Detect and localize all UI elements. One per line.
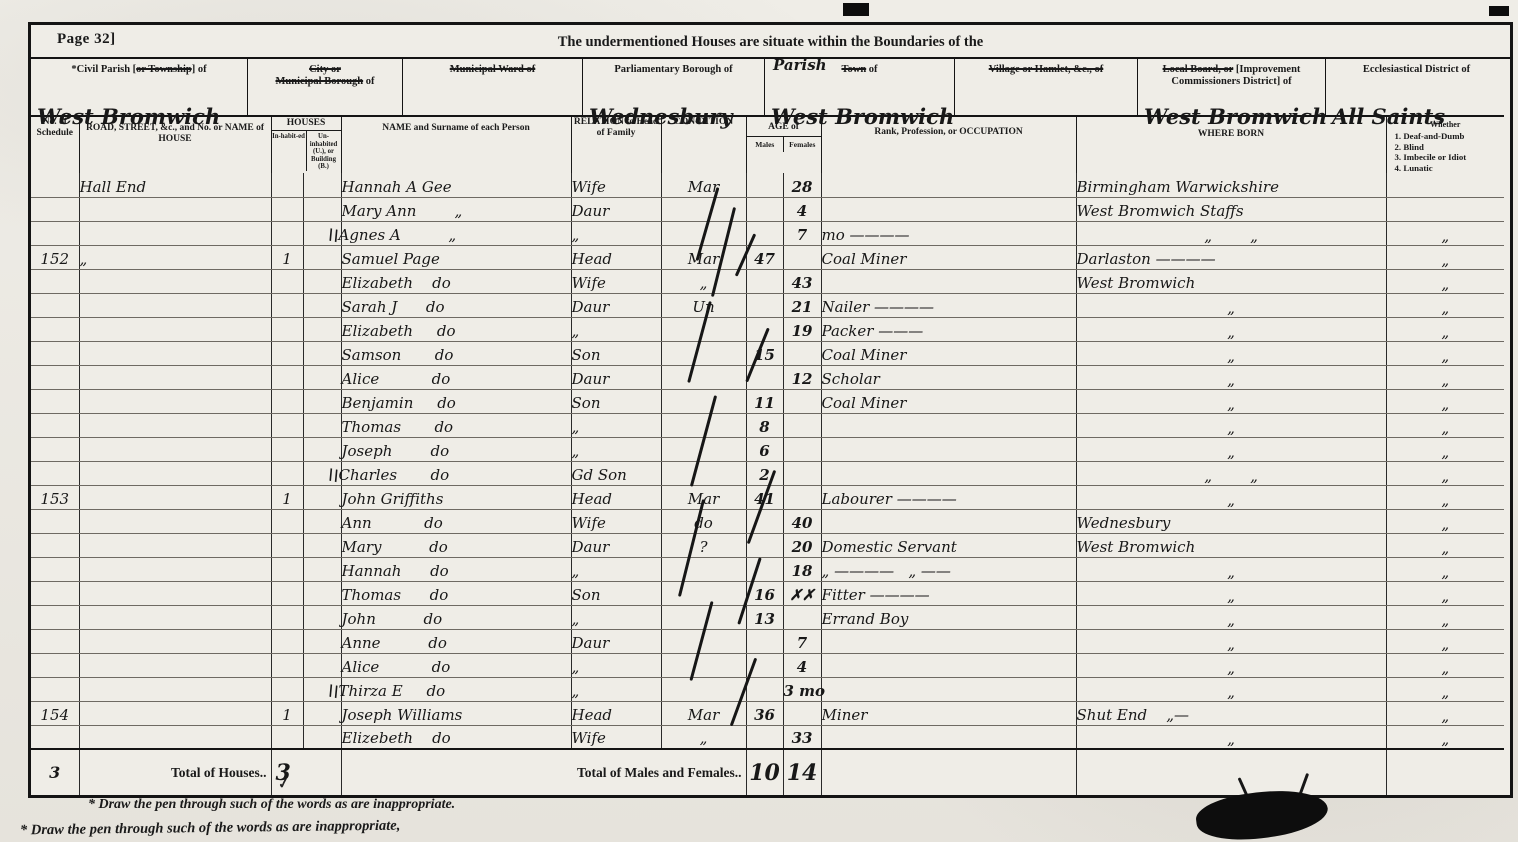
- footnote: * Draw the pen through such of the words…: [88, 797, 455, 813]
- cell-occupation: [821, 197, 1076, 221]
- cell-relation: „: [571, 413, 661, 437]
- handwritten-value: 8: [759, 418, 769, 436]
- handwritten-value: Joseph Williams: [342, 706, 463, 724]
- table-row: Sarah J doDaurUn21Nailer ————„„: [31, 293, 1504, 317]
- cell-age_m: 11: [746, 389, 783, 413]
- cell-road: [79, 365, 271, 389]
- cell-condition: [661, 341, 746, 365]
- handwritten-boundary-value: West Bromwich: [1144, 111, 1327, 123]
- cell-inhabited: 1: [271, 701, 303, 725]
- cell-relation: Wife: [571, 173, 661, 197]
- handwritten-value: John Griffiths: [342, 490, 444, 508]
- cell-age_f: 7: [783, 629, 821, 653]
- handwritten-value: „: [1077, 684, 1386, 701]
- cell-road: Hall End: [79, 173, 271, 197]
- cell-inhabited: [271, 653, 303, 677]
- cell-born: „: [1076, 581, 1386, 605]
- handwritten-value: „: [572, 658, 580, 676]
- cell-whether: „: [1386, 557, 1504, 581]
- table-row: Anne doDaur7„„: [31, 629, 1504, 653]
- handwritten-value: mo ————: [822, 226, 910, 244]
- cell-occupation: [821, 461, 1076, 485]
- cell-uninhabited: [303, 605, 341, 629]
- cell-occupation: [821, 269, 1076, 293]
- cell-age_f: [783, 485, 821, 509]
- col-header-houses: HOUSES In-habit-ed Un-inhabited (U.), or…: [271, 116, 341, 173]
- cell-whether: „: [1386, 509, 1504, 533]
- handwritten-value: 19: [792, 322, 813, 340]
- cell-schedule: [31, 653, 79, 677]
- handwritten-value: Birmingham Warwickshire: [1077, 178, 1279, 196]
- boundary-cell: Parliamentary Borough ofWednesbury: [583, 59, 765, 115]
- cell-born: „ „: [1076, 461, 1386, 485]
- cell-occupation: [821, 413, 1076, 437]
- cell-name: Mary do: [341, 533, 571, 557]
- handwritten-value: 21: [792, 298, 813, 316]
- handwritten-value: „ „: [1077, 468, 1386, 485]
- handwritten-value: 4: [797, 658, 807, 676]
- cell-name: Thomas do: [341, 413, 571, 437]
- cell-born: „: [1076, 413, 1386, 437]
- handwritten-value: „: [1077, 564, 1386, 581]
- cell-whether: „: [1386, 413, 1504, 437]
- cell-occupation: Coal Miner: [821, 389, 1076, 413]
- cell-born: „: [1076, 629, 1386, 653]
- cell-condition: Mar: [661, 173, 746, 197]
- handwritten-value: Samuel Page: [342, 250, 440, 268]
- cell-occupation: [821, 677, 1076, 701]
- cell-whether: „: [1386, 269, 1504, 293]
- cell-age_f: 3 mo: [783, 677, 821, 701]
- cell-age_f: [783, 413, 821, 437]
- page-title: The undermentioned Houses are situate wi…: [31, 34, 1510, 51]
- boundary-label: City orMunicipal Borough of: [248, 64, 402, 88]
- cell-age_f: 40: [783, 509, 821, 533]
- handwritten-value: Alice do: [342, 658, 451, 676]
- cell-whether: „: [1386, 293, 1504, 317]
- handwritten-value: „: [1077, 372, 1386, 389]
- boundary-label: Local Board, or [ImprovementCommissioner…: [1138, 64, 1325, 88]
- cell-born: „: [1076, 293, 1386, 317]
- table-row: Thomas do„8„„: [31, 413, 1504, 437]
- handwritten-value: „: [1077, 660, 1386, 677]
- cell-road: [79, 485, 271, 509]
- handwritten-value: John do: [342, 610, 443, 628]
- cell-inhabited: 1: [271, 485, 303, 509]
- handwritten-value: Elizabeth do: [342, 322, 456, 340]
- totals-males-value: 10: [746, 749, 783, 795]
- handwritten-value: „: [1387, 300, 1505, 317]
- cell-uninhabited: [303, 365, 341, 389]
- cell-relation: „: [571, 437, 661, 461]
- cell-age_f: 18: [783, 557, 821, 581]
- cell-occupation: Miner: [821, 701, 1076, 725]
- cell-name: Samuel Page: [341, 245, 571, 269]
- cell-whether: „: [1386, 341, 1504, 365]
- cell-uninhabited: [303, 317, 341, 341]
- cell-born: „: [1076, 485, 1386, 509]
- handwritten-value: „: [1077, 612, 1386, 629]
- handwritten-value: Wednesbury: [1077, 514, 1171, 532]
- cell-whether: [1386, 173, 1504, 197]
- cell-relation: Wife: [571, 509, 661, 533]
- cell-uninhabited: [303, 509, 341, 533]
- cell-age_f: [783, 389, 821, 413]
- cell-road: [79, 293, 271, 317]
- cell-born: Wednesbury: [1076, 509, 1386, 533]
- cell-uninhabited: [303, 533, 341, 557]
- cell-uninhabited: [303, 173, 341, 197]
- cell-occupation: [821, 725, 1076, 749]
- cell-age_m: 13: [746, 605, 783, 629]
- handwritten-value: Son: [572, 394, 601, 412]
- cell-road: [79, 389, 271, 413]
- cell-whether: „: [1386, 389, 1504, 413]
- cell-whether: „: [1386, 221, 1504, 245]
- page-header-row: Page 32] The undermentioned Houses are s…: [31, 25, 1510, 57]
- table-row: Alice doDaur12Scholar„„: [31, 365, 1504, 389]
- cell-occupation: Coal Miner: [821, 245, 1076, 269]
- handwritten-value: Sarah J do: [342, 298, 445, 316]
- cell-name: \\Charles do: [341, 461, 571, 485]
- cell-occupation: „ ———— „ ——: [821, 557, 1076, 581]
- handwritten-value: „: [1077, 636, 1386, 653]
- whether-list-item: 2. Blind: [1395, 142, 1505, 153]
- cell-relation: „: [571, 653, 661, 677]
- cell-occupation: [821, 509, 1076, 533]
- handwritten-value: Nailer ————: [822, 298, 934, 316]
- cell-name: Elizabeth do: [341, 269, 571, 293]
- handwritten-value: „ „: [1077, 228, 1386, 245]
- handwritten-value: Head: [572, 490, 613, 508]
- cell-whether: „: [1386, 629, 1504, 653]
- cell-whether: „: [1386, 653, 1504, 677]
- cell-born: Shut End „—: [1076, 701, 1386, 725]
- cell-whether: „: [1386, 461, 1504, 485]
- cell-condition: [661, 389, 746, 413]
- table-row: Samson doSon15Coal Miner„„: [31, 341, 1504, 365]
- cell-name: \\Thirza E do: [341, 677, 571, 701]
- handwritten-value: Hannah A Gee: [342, 178, 452, 196]
- cell-road: [79, 509, 271, 533]
- cell-name: Benjamin do: [341, 389, 571, 413]
- cell-born: „: [1076, 557, 1386, 581]
- cell-relation: Daur: [571, 629, 661, 653]
- cell-age_f: [783, 605, 821, 629]
- handwritten-value: West Bromwich: [1077, 538, 1196, 556]
- cell-uninhabited: [303, 245, 341, 269]
- cell-name: Elizebeth do: [341, 725, 571, 749]
- handwritten-value: Elizebeth do: [342, 729, 451, 747]
- handwritten-value: „: [572, 682, 580, 700]
- cell-schedule: [31, 221, 79, 245]
- handwritten-value: ✗✗: [789, 586, 814, 604]
- handwritten-value: 152: [40, 250, 69, 268]
- cell-occupation: Nailer ————: [821, 293, 1076, 317]
- cell-occupation: mo ————: [821, 221, 1076, 245]
- handwritten-value: „: [1387, 468, 1505, 485]
- cell-inhabited: [271, 293, 303, 317]
- cell-relation: Daur: [571, 197, 661, 221]
- cell-born: Darlaston ————: [1076, 245, 1386, 269]
- cell-age_m: [746, 677, 783, 701]
- cell-inhabited: [271, 677, 303, 701]
- handwritten-value: Coal Miner: [822, 394, 907, 412]
- handwritten-value: 4: [797, 202, 807, 220]
- cell-age_f: [783, 341, 821, 365]
- handwritten-value: 47: [754, 250, 775, 268]
- boundary-label: Parliamentary Borough of: [583, 64, 764, 76]
- handwritten-value: 1: [282, 490, 292, 508]
- cell-name: Ann do: [341, 509, 571, 533]
- cell-inhabited: [271, 437, 303, 461]
- cell-uninhabited: [303, 413, 341, 437]
- table-row: Joseph do„6„„: [31, 437, 1504, 461]
- col-header-females: Females: [783, 137, 821, 152]
- handwritten-value: „: [1387, 516, 1505, 533]
- cell-relation: Wife: [571, 269, 661, 293]
- cell-whether: „: [1386, 581, 1504, 605]
- cell-schedule: [31, 173, 79, 197]
- handwritten-value: 20: [792, 538, 813, 556]
- cell-road: [79, 605, 271, 629]
- col-header-inhabited: In-habit-ed: [272, 131, 306, 171]
- handwritten-value: Gd Son: [572, 466, 627, 484]
- cell-uninhabited: [303, 269, 341, 293]
- handwritten-value: „: [1077, 444, 1386, 461]
- cell-uninhabited: [303, 725, 341, 749]
- cell-age_m: [746, 629, 783, 653]
- cell-schedule: [31, 341, 79, 365]
- cell-schedule: 154: [31, 701, 79, 725]
- cell-age_f: 4: [783, 653, 821, 677]
- handwritten-value: „: [1387, 348, 1505, 365]
- boundary-cell: City orMunicipal Borough of: [248, 59, 403, 115]
- cell-age_m: [746, 197, 783, 221]
- cell-inhabited: [271, 605, 303, 629]
- handwritten-value: Daur: [572, 298, 610, 316]
- cell-born: „: [1076, 317, 1386, 341]
- cell-age_m: 36: [746, 701, 783, 725]
- handwritten-value: Head: [572, 250, 613, 268]
- col-header-males: Males: [747, 137, 784, 152]
- handwritten-value: „: [1387, 540, 1505, 557]
- cell-schedule: [31, 581, 79, 605]
- cell-relation: Son: [571, 389, 661, 413]
- handwritten-value: Miner: [822, 706, 868, 724]
- handwritten-value: „: [1387, 564, 1505, 581]
- cell-relation: „: [571, 605, 661, 629]
- table-row: Mary doDaur?20Domestic ServantWest Bromw…: [31, 533, 1504, 557]
- handwritten-value: Darlaston ————: [1077, 250, 1216, 268]
- boundary-cell: Village or Hamlet, &c., of: [955, 59, 1138, 115]
- handwritten-value: „: [1387, 444, 1505, 461]
- cell-schedule: [31, 269, 79, 293]
- cell-name: Sarah J do: [341, 293, 571, 317]
- cell-inhabited: [271, 533, 303, 557]
- cell-uninhabited: [303, 437, 341, 461]
- handwritten-value: „: [700, 274, 708, 292]
- cell-road: [79, 581, 271, 605]
- cell-road: [79, 413, 271, 437]
- whether-list-item: 4. Lunatic: [1395, 163, 1505, 174]
- cell-condition: Un: [661, 293, 746, 317]
- totals-males-females-label: Total of Males and Females..: [341, 749, 746, 795]
- cell-condition: [661, 461, 746, 485]
- cell-name: Alice do: [341, 653, 571, 677]
- handwritten-value: ?: [699, 538, 707, 556]
- cell-condition: do: [661, 509, 746, 533]
- cell-inhabited: [271, 509, 303, 533]
- cell-age_f: 12: [783, 365, 821, 389]
- handwritten-value: Samson do: [342, 346, 454, 364]
- handwritten-value: „: [80, 250, 88, 268]
- cell-road: „: [79, 245, 271, 269]
- cell-schedule: [31, 293, 79, 317]
- handwritten-value: „: [1387, 276, 1505, 293]
- cell-uninhabited: [303, 485, 341, 509]
- cell-age_f: 7: [783, 221, 821, 245]
- handwritten-value: Hall End: [80, 178, 147, 196]
- handwritten-value: „: [700, 729, 708, 747]
- table-row: \\Thirza E do„3 mo„„: [31, 677, 1504, 701]
- boundary-header-row: *Civil Parish [or Township] ofWest Bromw…: [31, 57, 1510, 115]
- cell-road: [79, 701, 271, 725]
- cell-inhabited: [271, 365, 303, 389]
- cell-condition: [661, 581, 746, 605]
- cell-born: „: [1076, 725, 1386, 749]
- cell-born: Birmingham Warwickshire: [1076, 173, 1386, 197]
- table-row: 1541Joseph WilliamsHeadMar36MinerShut En…: [31, 701, 1504, 725]
- cell-relation: „: [571, 677, 661, 701]
- handwritten-value: 1: [282, 706, 292, 724]
- cell-uninhabited: [303, 653, 341, 677]
- cell-schedule: [31, 725, 79, 749]
- cell-inhabited: [271, 317, 303, 341]
- handwritten-value: 7: [797, 634, 807, 652]
- totals-houses-label: Total of Houses..: [79, 749, 271, 795]
- cell-uninhabited: [303, 581, 341, 605]
- cell-inhabited: 1: [271, 245, 303, 269]
- cell-age_m: [746, 173, 783, 197]
- handwritten-value: „: [572, 418, 580, 436]
- handwritten-value: 13: [754, 610, 775, 628]
- cell-age_m: [746, 725, 783, 749]
- handwritten-value: Thirza E do: [338, 682, 445, 700]
- handwritten-value: 153: [40, 490, 69, 508]
- cell-uninhabited: [303, 293, 341, 317]
- handwritten-value: Son: [572, 346, 601, 364]
- cell-whether: „: [1386, 725, 1504, 749]
- handwritten-value: „: [1077, 348, 1386, 365]
- table-row: Hannah do„18„ ———— „ ——„„: [31, 557, 1504, 581]
- cell-occupation: Domestic Servant: [821, 533, 1076, 557]
- cell-schedule: [31, 437, 79, 461]
- totals-females-value: 14: [783, 749, 821, 795]
- cell-age_f: [783, 461, 821, 485]
- boundary-cell: Town ofParishWest Bromwich: [765, 59, 955, 115]
- handwritten-value: „: [1387, 372, 1505, 389]
- handwritten-value: Errand Boy: [822, 610, 909, 628]
- boundary-cell: Local Board, or [ImprovementCommissioner…: [1138, 59, 1326, 115]
- cell-inhabited: [271, 269, 303, 293]
- handwritten-value: Hannah do: [342, 562, 449, 580]
- boundary-cell: Ecclesiastical District ofAll Saints: [1326, 59, 1507, 115]
- cell-born: „: [1076, 653, 1386, 677]
- cell-whether: [1386, 197, 1504, 221]
- handwritten-value: Labourer ————: [822, 490, 957, 508]
- handwritten-value: Daur: [572, 202, 610, 220]
- handwritten-value: Daur: [572, 634, 610, 652]
- cell-relation: „: [571, 557, 661, 581]
- handwritten-value: Wife: [572, 514, 606, 532]
- handwritten-value: „: [572, 442, 580, 460]
- cell-inhabited: [271, 341, 303, 365]
- handwritten-value: Scholar: [822, 370, 880, 388]
- cell-name: Samson do: [341, 341, 571, 365]
- handwritten-value: Domestic Servant: [822, 538, 957, 556]
- cell-schedule: 152: [31, 245, 79, 269]
- cell-schedule: 153: [31, 485, 79, 509]
- cell-road: [79, 725, 271, 749]
- cell-born: West Bromwich: [1076, 533, 1386, 557]
- cell-uninhabited: [303, 557, 341, 581]
- cell-age_f: 21: [783, 293, 821, 317]
- cell-condition: [661, 677, 746, 701]
- totals-schedule-note: 3: [31, 749, 79, 795]
- handwritten-value: „: [1077, 324, 1386, 341]
- cell-age_m: [746, 293, 783, 317]
- handwritten-value: Mary do: [342, 538, 448, 556]
- whether-list-item: 1. Deaf-and-Dumb: [1395, 131, 1505, 142]
- handwritten-value: West Bromwich Staffs: [1077, 202, 1244, 220]
- handwritten-value: 12: [792, 370, 813, 388]
- cell-condition: „: [661, 725, 746, 749]
- handwritten-value: „: [1387, 228, 1505, 245]
- cell-name: Anne do: [341, 629, 571, 653]
- table-row: Alice do„4„„: [31, 653, 1504, 677]
- cell-road: [79, 269, 271, 293]
- table-row: Benjamin doSon11Coal Miner„„: [31, 389, 1504, 413]
- handwritten-value: Agnes A „: [338, 226, 456, 244]
- cell-relation: Son: [571, 341, 661, 365]
- cell-road: [79, 461, 271, 485]
- cell-age_f: 19: [783, 317, 821, 341]
- handwritten-value: 28: [792, 178, 813, 196]
- cell-uninhabited: [303, 389, 341, 413]
- cell-whether: „: [1386, 533, 1504, 557]
- handwritten-value: „: [572, 226, 580, 244]
- cell-road: [79, 533, 271, 557]
- handwritten-value: Mary Ann „: [342, 202, 463, 220]
- handwritten-value: Un: [692, 298, 714, 316]
- cell-name: Hannah A Gee: [341, 173, 571, 197]
- cell-whether: „: [1386, 677, 1504, 701]
- cell-inhabited: [271, 557, 303, 581]
- handwritten-value: „: [1387, 396, 1505, 413]
- cell-age_m: 2: [746, 461, 783, 485]
- totals-houses-value: 3 ✓: [271, 749, 341, 795]
- cell-inhabited: [271, 581, 303, 605]
- cell-relation: „: [571, 221, 661, 245]
- handwritten-boundary-value: All Saints: [1332, 111, 1445, 123]
- cell-age_f: 33: [783, 725, 821, 749]
- handwritten-value: Mar: [688, 706, 719, 724]
- cell-condition: [661, 365, 746, 389]
- handwritten-value: 33: [792, 729, 813, 747]
- cell-occupation: [821, 653, 1076, 677]
- cell-schedule: [31, 461, 79, 485]
